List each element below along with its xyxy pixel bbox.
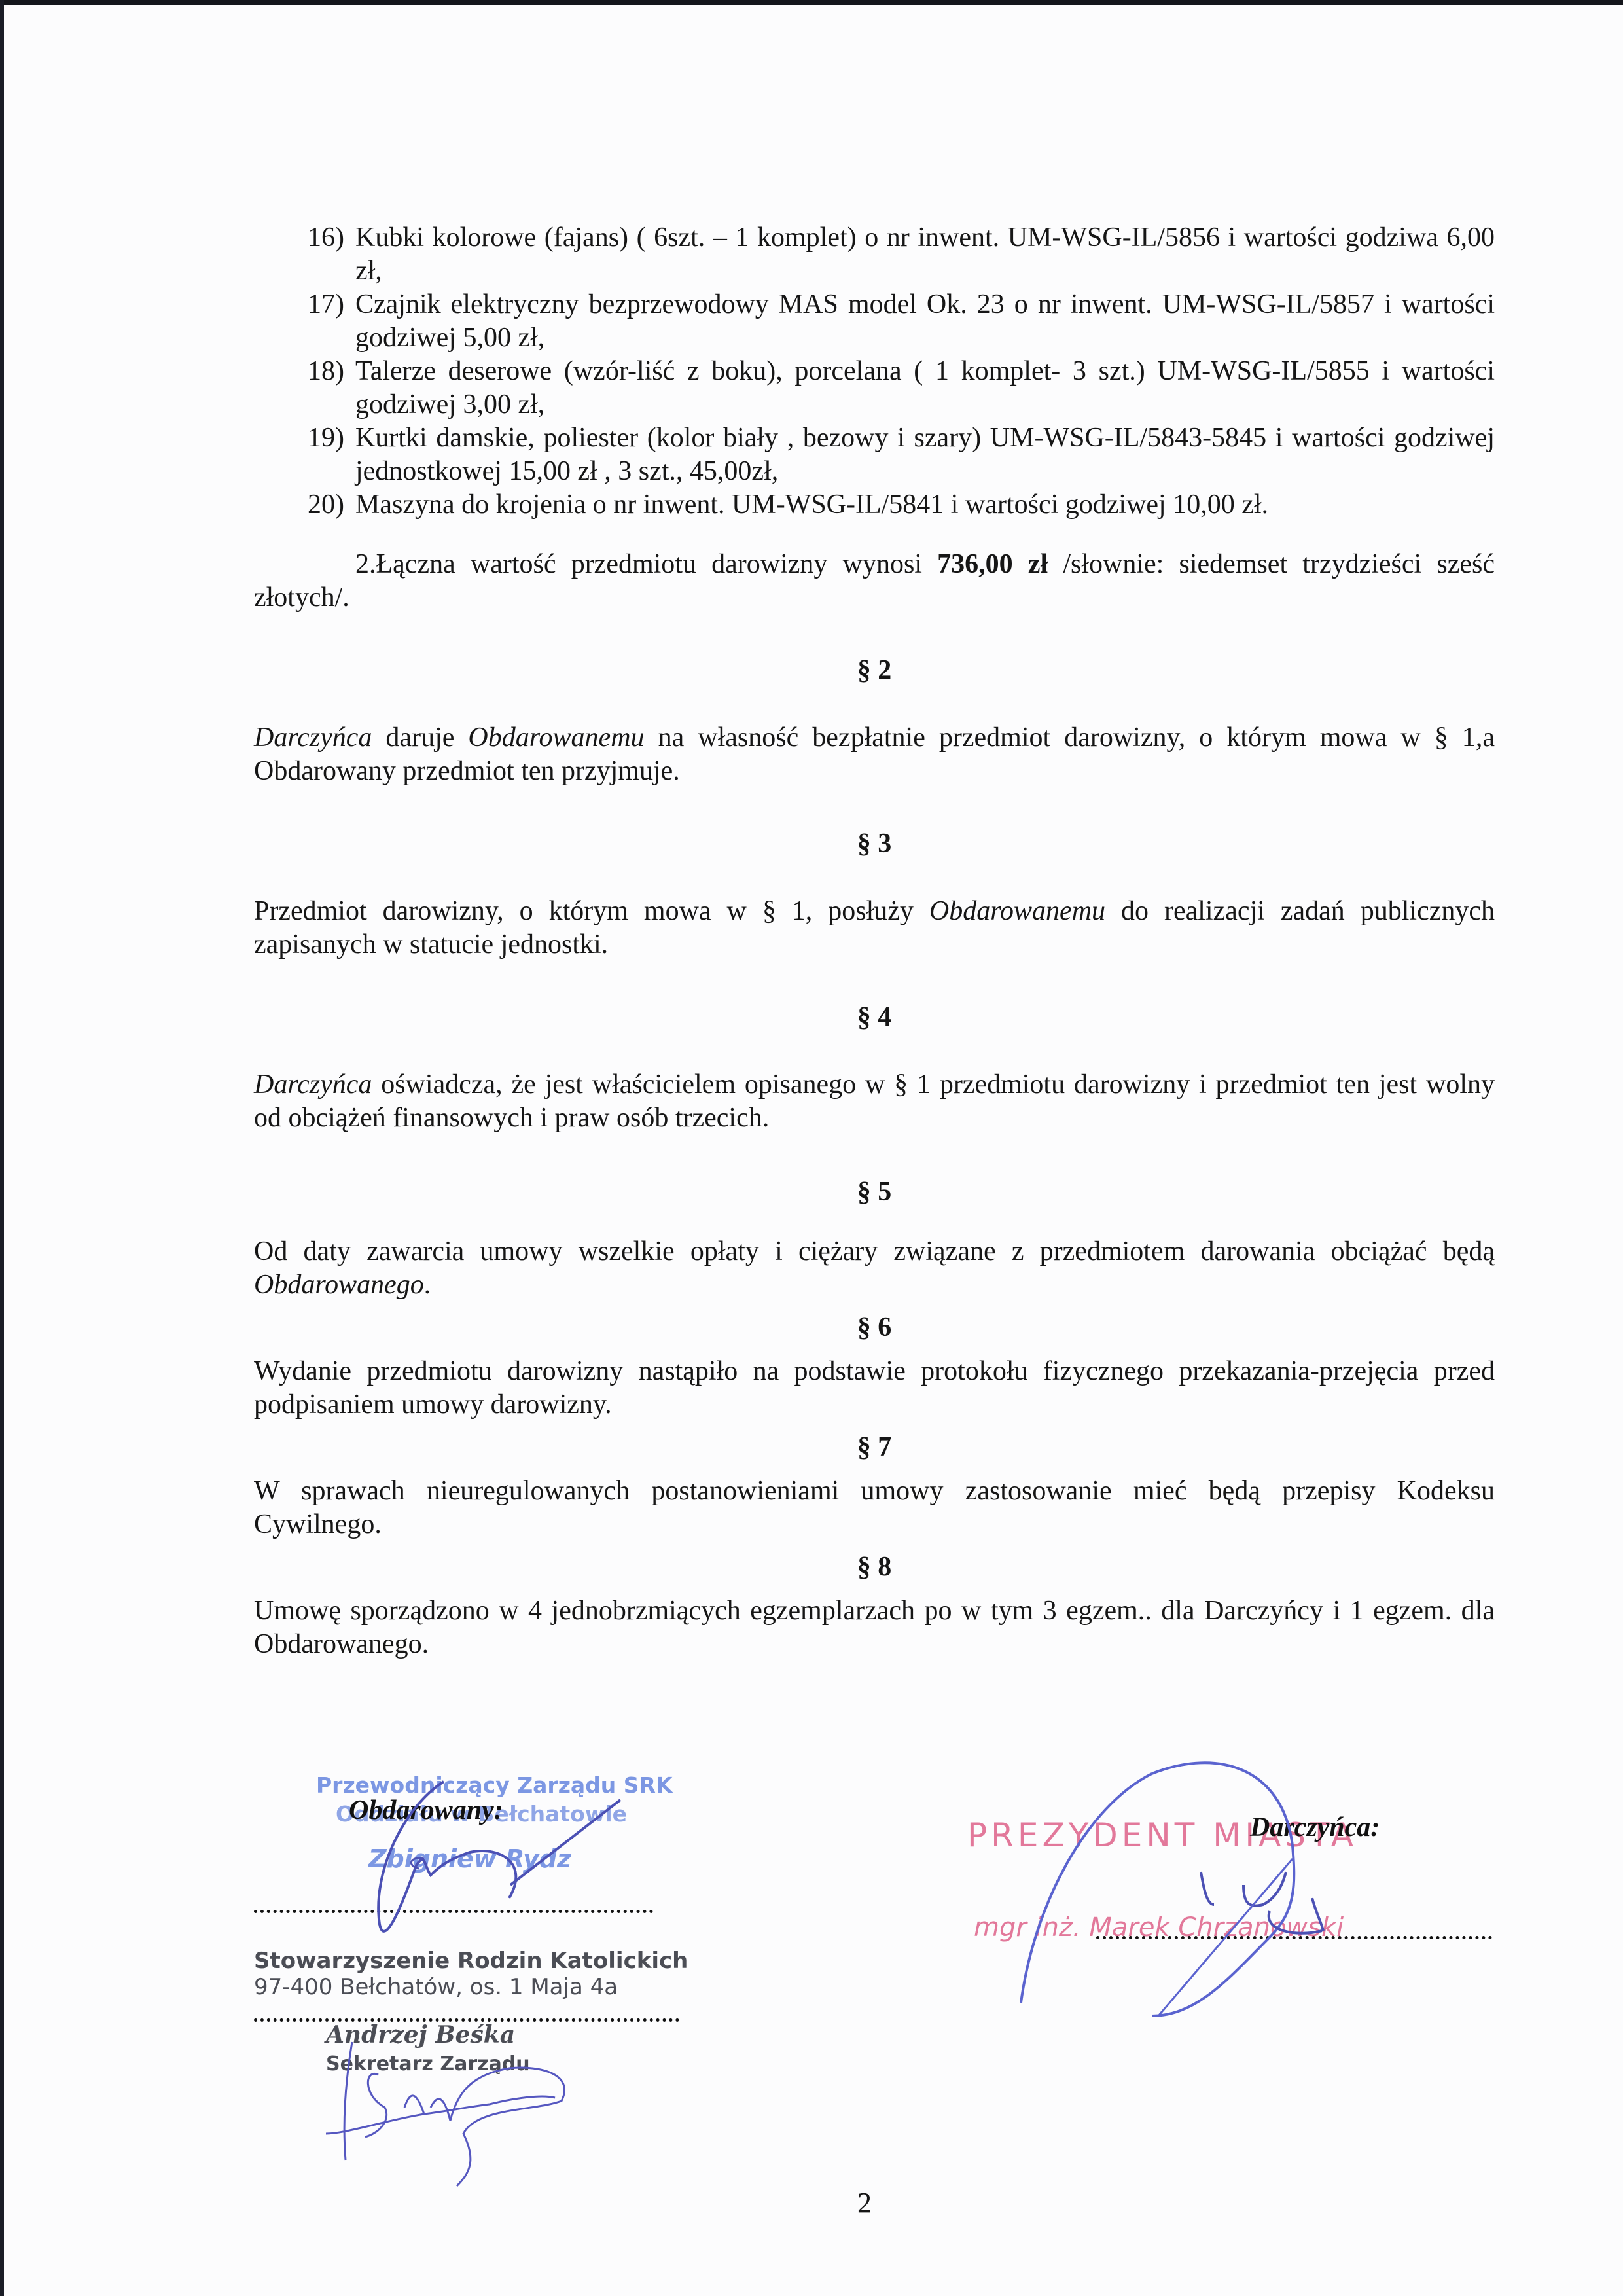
item-text: Czajnik elektryczny bezprzewodowy MAS mo… [355,288,1495,355]
paragraph-text: Od daty zawarcia umowy wszelkie opłaty i… [254,1236,1495,1266]
section-heading: § 3 [254,827,1495,861]
donor-signature-block: PREZYDENT MIASTA Darczyńca: mgr inż. Mar… [955,1741,1492,2003]
list-item: 20)Maszyna do krojenia o nr inwent. UM-W… [254,488,1495,522]
paragraph-text: . [424,1270,431,1300]
recipient-signature-line [254,1910,653,1913]
party-name: Obdarowanego [254,1270,424,1300]
total-value-paragraph: 2.Łączna wartość przedmiotu darowizny wy… [254,548,1495,615]
page-number: 2 [857,2186,872,2219]
paragraph-text: daruje [372,723,468,753]
section-heading: § 8 [254,1551,1495,1584]
item-text: Kurtki damskie, poliester (kolor biały ,… [355,422,1495,488]
secretary-title: Sekretarz Zarządu [326,2053,530,2075]
paragraph-text: W sprawach nieuregulowanych postanowieni… [254,1476,1495,1539]
section-paragraph: Przedmiot darowizny, o którym mowa w § 1… [254,895,1495,961]
section-heading: § 2 [254,654,1495,687]
paragraph-text: Umowę sporządzono w 4 jednobrzmiących eg… [254,1596,1495,1659]
section-heading: § 5 [254,1175,1495,1209]
list-item: 19)Kurtki damskie, poliester (kolor biał… [254,422,1495,488]
section-heading: § 4 [254,1001,1495,1034]
total-amount: 736,00 zł [937,549,1048,579]
list-item: 18)Talerze deserowe (wzór-liść z boku), … [254,355,1495,422]
section-paragraph: Umowę sporządzono w 4 jednobrzmiących eg… [254,1594,1495,1661]
item-number: 20) [308,488,344,522]
total-prefix: 2.Łączna wartość przedmiotu darowizny wy… [355,549,937,579]
item-text: Kubki kolorowe (fajans) ( 6szt. – 1 komp… [355,221,1495,288]
item-text: Talerze deserowe (wzór-liść z boku), por… [355,355,1495,422]
party-name: Darczyńca [254,723,372,753]
section-paragraph: Darczyńca daruje Obdarowanemu na własnoś… [254,721,1495,788]
section-heading: § 6 [254,1311,1495,1344]
item-text: Maszyna do krojenia o nr inwent. UM-WSG-… [355,488,1495,522]
section-heading: § 7 [254,1431,1495,1464]
item-number: 18) [308,355,344,388]
donor-signature-ink [955,1741,1492,2003]
item-number: 16) [308,221,344,255]
item-number: 17) [308,288,344,321]
document-body: 16)Kubki kolorowe (fajans) ( 6szt. – 1 k… [254,221,1495,1661]
section-paragraph: Darczyńca oświadcza, że jest właściciele… [254,1068,1495,1135]
recipient-label: Obdarowany: [349,1795,503,1826]
donor-label: Darczyńca: [1250,1812,1380,1843]
section-paragraph: Wydanie przedmiotu darowizny nastąpiło n… [254,1355,1495,1422]
item-list: 16)Kubki kolorowe (fajans) ( 6szt. – 1 k… [254,221,1495,522]
secretary-name: Andrzej Beśka [326,2021,515,2049]
list-item: 17)Czajnik elektryczny bezprzewodowy MAS… [254,288,1495,355]
item-number: 19) [308,422,344,455]
party-name: Obdarowanemu [929,896,1105,926]
paragraph-text: oświadcza, że jest właścicielem opisaneg… [254,1069,1495,1133]
org-stamp-line2: 97-400 Bełchatów, os. 1 Maja 4a [254,1974,618,2000]
list-item: 16)Kubki kolorowe (fajans) ( 6szt. – 1 k… [254,221,1495,288]
recipient-signature-block: Przewodniczący Zarządu SRK Oddziału w Be… [254,1767,673,2225]
section-paragraph: Od daty zawarcia umowy wszelkie opłaty i… [254,1235,1495,1302]
donor-signature-line [1096,1936,1492,1939]
org-stamp-line1: Stowarzyszenie Rodzin Katolickich [254,1948,688,1974]
recipient-stamp-name: Zbigniew Rydz [368,1844,571,1873]
scan-border-top [0,0,1623,5]
paragraph-text: Przedmiot darowizny, o którym mowa w § 1… [254,896,929,926]
section-list: § 2Darczyńca daruje Obdarowanemu na włas… [254,654,1495,1661]
paragraph-text: Wydanie przedmiotu darowizny nastąpiło n… [254,1356,1495,1420]
party-name: Obdarowanemu [468,723,644,753]
party-name: Darczyńca [254,1069,372,1100]
section-paragraph: W sprawach nieuregulowanych postanowieni… [254,1475,1495,1541]
scan-border-left [0,0,4,2296]
